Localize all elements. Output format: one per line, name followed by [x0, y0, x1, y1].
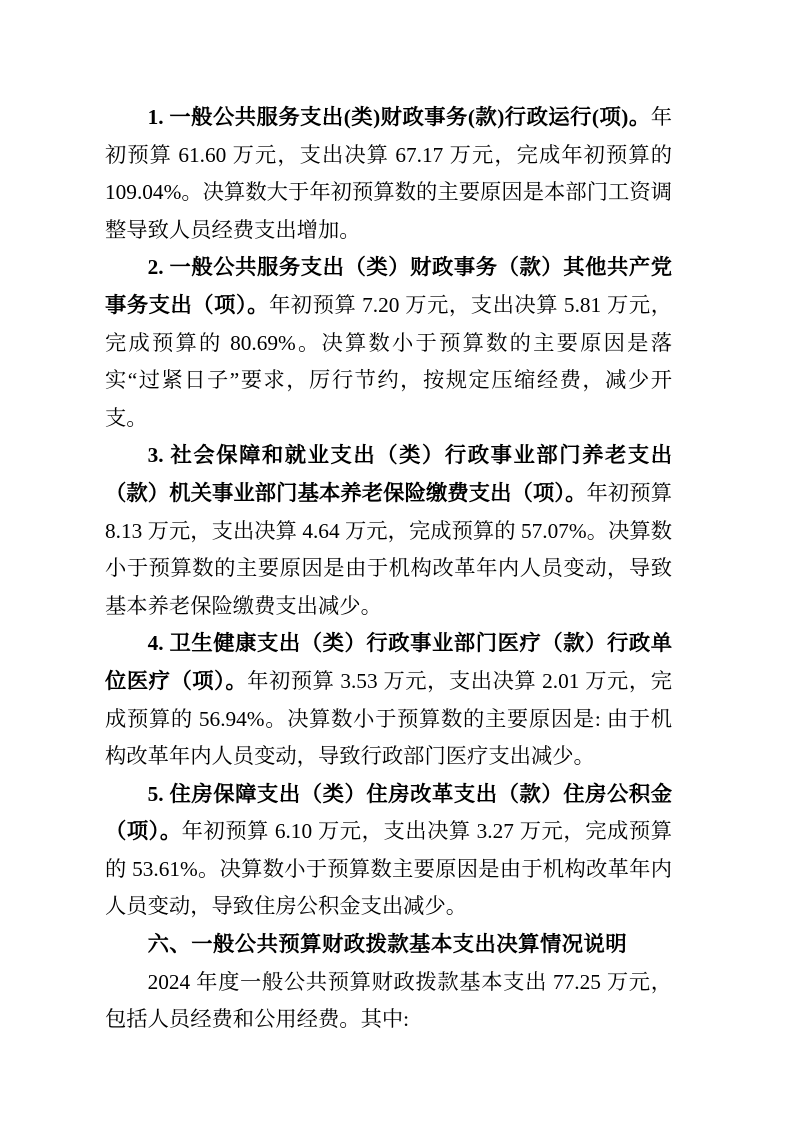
budget-item-paragraph-3: 3. 社会保障和就业支出（类）行政事业部门养老支出（款）机关事业部门基本养老保险…: [105, 437, 672, 625]
budget-item-paragraph-5: 5. 住房保障支出（类）住房改革支出（款）住房公积金（项）。年初预算 6.10 …: [105, 776, 672, 926]
document-page: 1. 一般公共服务支出(类)财政事务(款)行政运行(项)。年初预算 61.60 …: [0, 0, 793, 1122]
budget-item-paragraph-2: 2. 一般公共服务支出（类）财政事务（款）其他共产党事务支出（项）。年初预算 7…: [105, 249, 672, 437]
document-content: 1. 一般公共服务支出(类)财政事务(款)行政运行(项)。年初预算 61.60 …: [105, 99, 672, 1039]
section-six-heading: 六、一般公共预算财政拨款基本支出决算情况说明: [105, 926, 672, 964]
budget-item-5-detail: 年初预算 6.10 万元，支出决算 3.27 万元，完成预算的 53.61%。决…: [105, 819, 672, 918]
budget-item-paragraph-4: 4. 卫生健康支出（类）行政事业部门医疗（款）行政单位医疗（项）。年初预算 3.…: [105, 625, 672, 775]
budget-item-paragraph-1: 1. 一般公共服务支出(类)财政事务(款)行政运行(项)。年初预算 61.60 …: [105, 99, 672, 249]
budget-item-1-title: 1. 一般公共服务支出(类)财政事务(款)行政运行(项)。: [148, 105, 651, 129]
closing-paragraph: 2024 年度一般公共预算财政拨款基本支出 77.25 万元，包括人员经费和公用…: [105, 964, 672, 1039]
